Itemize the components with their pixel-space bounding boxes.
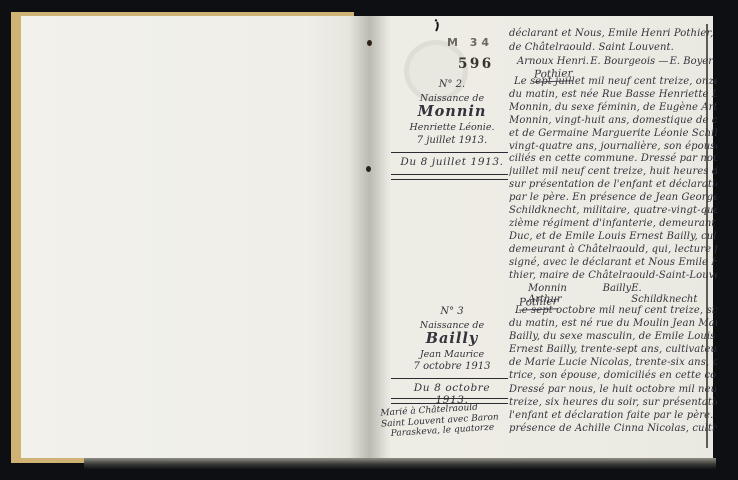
handwritten-line: Monnin, du sexe féminin, de Eugène Arthu… (509, 102, 717, 115)
margin-registration-date: Du 8 juillet 1913. (396, 156, 508, 168)
stitch-hole (367, 40, 372, 46)
handwritten-line: juillet mil neuf cent treize, huit heure… (509, 166, 717, 179)
handwritten-line: et de Germaine Marguerite Léonie Schildk… (509, 128, 717, 141)
handwritten-line: présence de Achille Cinna Nicolas, culti… (509, 422, 717, 435)
handwritten-line: sur présentation de l'enfant et déclarat… (509, 179, 717, 192)
handwritten-line: de Châtelraould. Saint Louvent. (509, 41, 715, 55)
witness-signatures-row: Arnoux Henri.E. Bourgeois —E. Boyer (517, 56, 713, 67)
witness-signature: E. Boyer (670, 56, 713, 67)
handwritten-line: thier, maire de Châtelraould-Saint-Louve… (509, 270, 717, 283)
page-shadow (84, 458, 716, 469)
handwritten-line: treize, six heures du soir, sur présenta… (509, 396, 717, 409)
margin-divider-line (391, 378, 508, 379)
handwritten-line: Ernest Bailly, trente-sept ans, cultivat… (509, 343, 717, 356)
handwritten-line: Duc, et de Emile Louis Ernest Bailly, cu… (509, 231, 717, 244)
margin-surname: Bailly (396, 330, 508, 347)
handwritten-line: Dressé par nous, le huit octobre mil neu… (509, 383, 717, 396)
archive-reference-stamp: M 34 (447, 36, 493, 49)
witness-signature: E. Bourgeois — (590, 56, 668, 67)
handwritten-line: de Marie Lucie Nicolas, trente-six ans, … (509, 356, 717, 369)
left-blank-page (21, 16, 369, 458)
handwritten-line: signé, avec le déclarant et Nous Emile H… (509, 257, 717, 270)
margin-divider-line (391, 152, 508, 153)
birth-act-monnin: Le sept juillet mil neuf cent treize, on… (509, 76, 717, 284)
handwritten-line: vingt-quatre ans, journalière, son épous… (509, 141, 717, 154)
handwritten-line: l'enfant et déclaration faite par le pèr… (509, 409, 717, 422)
margin-given-names: Henriette Léonie. (396, 122, 508, 133)
handwritten-line: Bailly, du sexe masculin, de Emile Louis (509, 330, 717, 343)
margin-double-line (391, 174, 508, 180)
stitch-hole (366, 166, 371, 172)
ink-mark (432, 17, 442, 36)
handwritten-line: ciliés en cette commune. Dressé par nous… (509, 153, 717, 166)
previous-act-continuation: déclarant et Nous, Emile Henri Pothier, … (509, 27, 715, 54)
handwritten-line: Monnin, vingt-huit ans, domestique de cu… (509, 115, 717, 128)
handwritten-line: déclarant et Nous, Emile Henri Pothier, … (509, 27, 715, 41)
birth-act-bailly: Le sept octobre mil neuf cent treize, si… (509, 304, 717, 437)
witness-signature: E. Schildknecht (631, 283, 710, 305)
handwritten-line: du matin, est né rue du Moulin Jean Maur… (509, 317, 717, 330)
gutter-fold (349, 16, 391, 458)
handwritten-line: du matin, est née Rue Basse Henriette Lé… (509, 89, 717, 102)
handwritten-line: Le sept juillet mil neuf cent treize, on… (509, 76, 717, 89)
margin-surname: Monnin (396, 103, 508, 120)
witness-signature: Bailly (603, 283, 632, 305)
handwritten-line: Schildknecht, militaire, quatre-vingt-qu… (509, 205, 717, 218)
margin-act-number: N° 2. (396, 79, 508, 90)
handwritten-line: Le sept octobre mil neuf cent treize, si… (509, 304, 717, 317)
handwritten-line: trice, son épouse, domiciliés en cette c… (509, 369, 717, 382)
register-book-scan: M 34 596 déclarant et Nous, Emile Henri … (0, 0, 738, 480)
witness-signature: Arnoux Henri. (517, 56, 589, 67)
margin-birth-date: 7 juillet 1913. (396, 135, 508, 146)
handwritten-line: zième régiment d'infanterie, demeurant à… (509, 218, 717, 231)
archive-page-number-stamp: 596 (458, 56, 494, 72)
margin-birth-date: 7 octobre 1913 (396, 361, 508, 372)
handwritten-line: par le père. En présence de Jean Georges… (509, 192, 717, 205)
margin-given-names: Jean Maurice (396, 349, 508, 360)
margin-act-number: N° 3 (396, 306, 508, 317)
handwritten-line: demeurant à Châtelraould, qui, lecture f… (509, 244, 717, 257)
